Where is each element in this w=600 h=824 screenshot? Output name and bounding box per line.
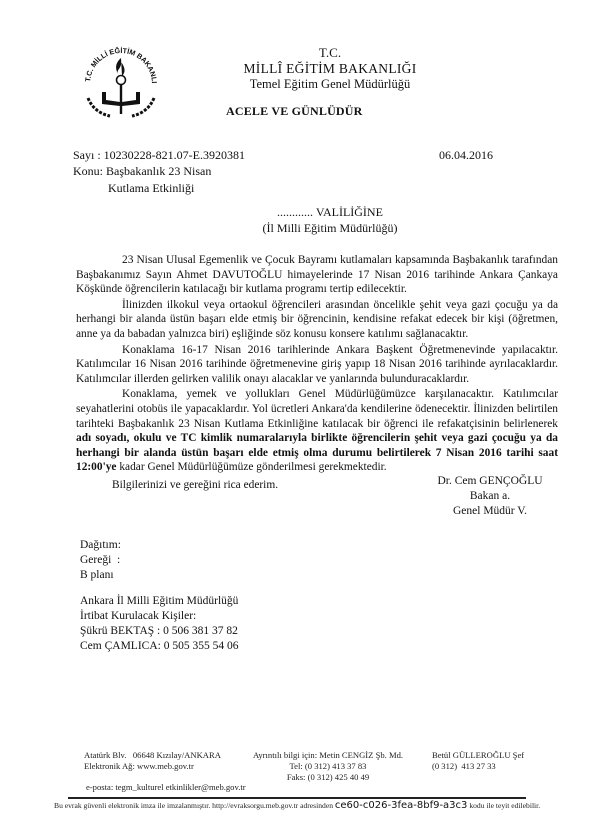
contacts-block: Ankara İl Milli Eğitim Müdürlüğü İrtibat… bbox=[80, 594, 238, 654]
department-heading: Temel Eğitim Genel Müdürlüğü bbox=[200, 77, 460, 92]
urgency-label: ACELE VE GÜNLÜDÜR bbox=[226, 104, 363, 119]
verification-text: Bu evrak güvenli elektronik imza ile imz… bbox=[54, 801, 333, 810]
subject-line2: Kutlama Etkinliği bbox=[108, 181, 194, 196]
ministry-heading: MİLLÎ EĞİTİM BAKANLIĞI bbox=[200, 61, 460, 77]
footer-info: Ayrıntılı bilgi için: Metin CENGİZ Şb. M… bbox=[238, 750, 418, 761]
document-number: Sayı : 10230228-821.07-E.3920381 bbox=[73, 148, 245, 163]
footer-contact2-name: Betül GÜLLEROĞLU Şef bbox=[432, 750, 524, 761]
distribution-action: Gereği : bbox=[80, 553, 121, 568]
paragraph-4-end: kadar Genel Müdürlüğümüze gönderilmesi g… bbox=[117, 461, 387, 473]
subject: Konu: Başbakanlık 23 Nisan bbox=[73, 164, 211, 179]
footer-address: Atatürk Blv. 06648 Kızılay/ANKARA bbox=[84, 750, 221, 761]
signer-name: Dr. Cem GENÇOĞLU bbox=[400, 474, 580, 489]
verification-line: Bu evrak güvenli elektronik imza ile imz… bbox=[54, 800, 540, 811]
subject-line1: Başbakanlık 23 Nisan bbox=[106, 164, 211, 178]
signer-title2: Genel Müdür V. bbox=[400, 504, 580, 519]
contact-person: Cem ÇAMLICA: 0 505 355 54 06 bbox=[80, 639, 238, 654]
distribution-plan: B planı bbox=[80, 568, 121, 583]
contact-label: İrtibat Kurulacak Kişiler: bbox=[80, 609, 238, 624]
contact-org: Ankara İl Milli Eğitim Müdürlüğü bbox=[80, 594, 238, 609]
paragraph-1: 23 Nisan Ulusal Egemenlik ve Çocuk Bayra… bbox=[76, 253, 558, 297]
contact-person: Şükrü BEKTAŞ : 0 506 381 37 82 bbox=[80, 624, 238, 639]
recipient-line2: (İl Milli Eğitim Müdürlüğü) bbox=[150, 221, 510, 236]
verification-code: ce60-c026-3fea-8bf9-a3c3 bbox=[335, 800, 468, 811]
verification-suffix: kodu ile teyit edilebilir. bbox=[469, 801, 540, 810]
footer-divider bbox=[68, 797, 526, 799]
letter-body: 23 Nisan Ulusal Egemenlik ve Çocuk Bayra… bbox=[76, 253, 558, 494]
paragraph-4: Konaklama, yemek ve yollukları Genel Müd… bbox=[76, 387, 558, 475]
subject-label: Konu: bbox=[73, 164, 103, 178]
footer-fax: Faks: (0 312) 425 40 49 bbox=[238, 772, 418, 783]
footer-email[interactable]: e-posta: tegm_kulturel etkinlikler@meb.g… bbox=[86, 782, 246, 793]
number-value: : 10230228-821.07-E.3920381 bbox=[97, 148, 245, 162]
footer-web[interactable]: Elektronik Ağ: www.meb.gov.tr bbox=[84, 761, 194, 772]
paragraph-3: Konaklama 16-17 Nisan 2016 tarihlerinde … bbox=[76, 343, 558, 387]
number-label: Sayı bbox=[73, 148, 94, 162]
recipient-line1: ............ VALİLİĞİNE bbox=[150, 205, 510, 220]
signature-block: Dr. Cem GENÇOĞLU Bakan a. Genel Müdür V. bbox=[400, 474, 580, 519]
distribution-label: Dağıtım: bbox=[80, 538, 121, 553]
paragraph-2: İlinizden ilkokul veya ortaokul öğrencil… bbox=[76, 298, 558, 342]
signer-title1: Bakan a. bbox=[400, 489, 580, 504]
footer-contact2-phone: (0 312) 413 27 33 bbox=[432, 761, 496, 772]
paragraph-4-text: Konaklama, yemek ve yollukları Genel Müd… bbox=[76, 388, 558, 429]
country-heading: T.C. bbox=[200, 45, 460, 61]
distribution-block: Dağıtım: Gereği : B planı bbox=[80, 538, 121, 583]
ministry-emblem-icon: T.C. MİLLİ EĞİTİM BAKANLIĞI bbox=[80, 40, 162, 122]
footer-tel: Tel: (0 312) 413 37 83 bbox=[238, 761, 418, 772]
document-date: 06.04.2016 bbox=[439, 148, 493, 163]
